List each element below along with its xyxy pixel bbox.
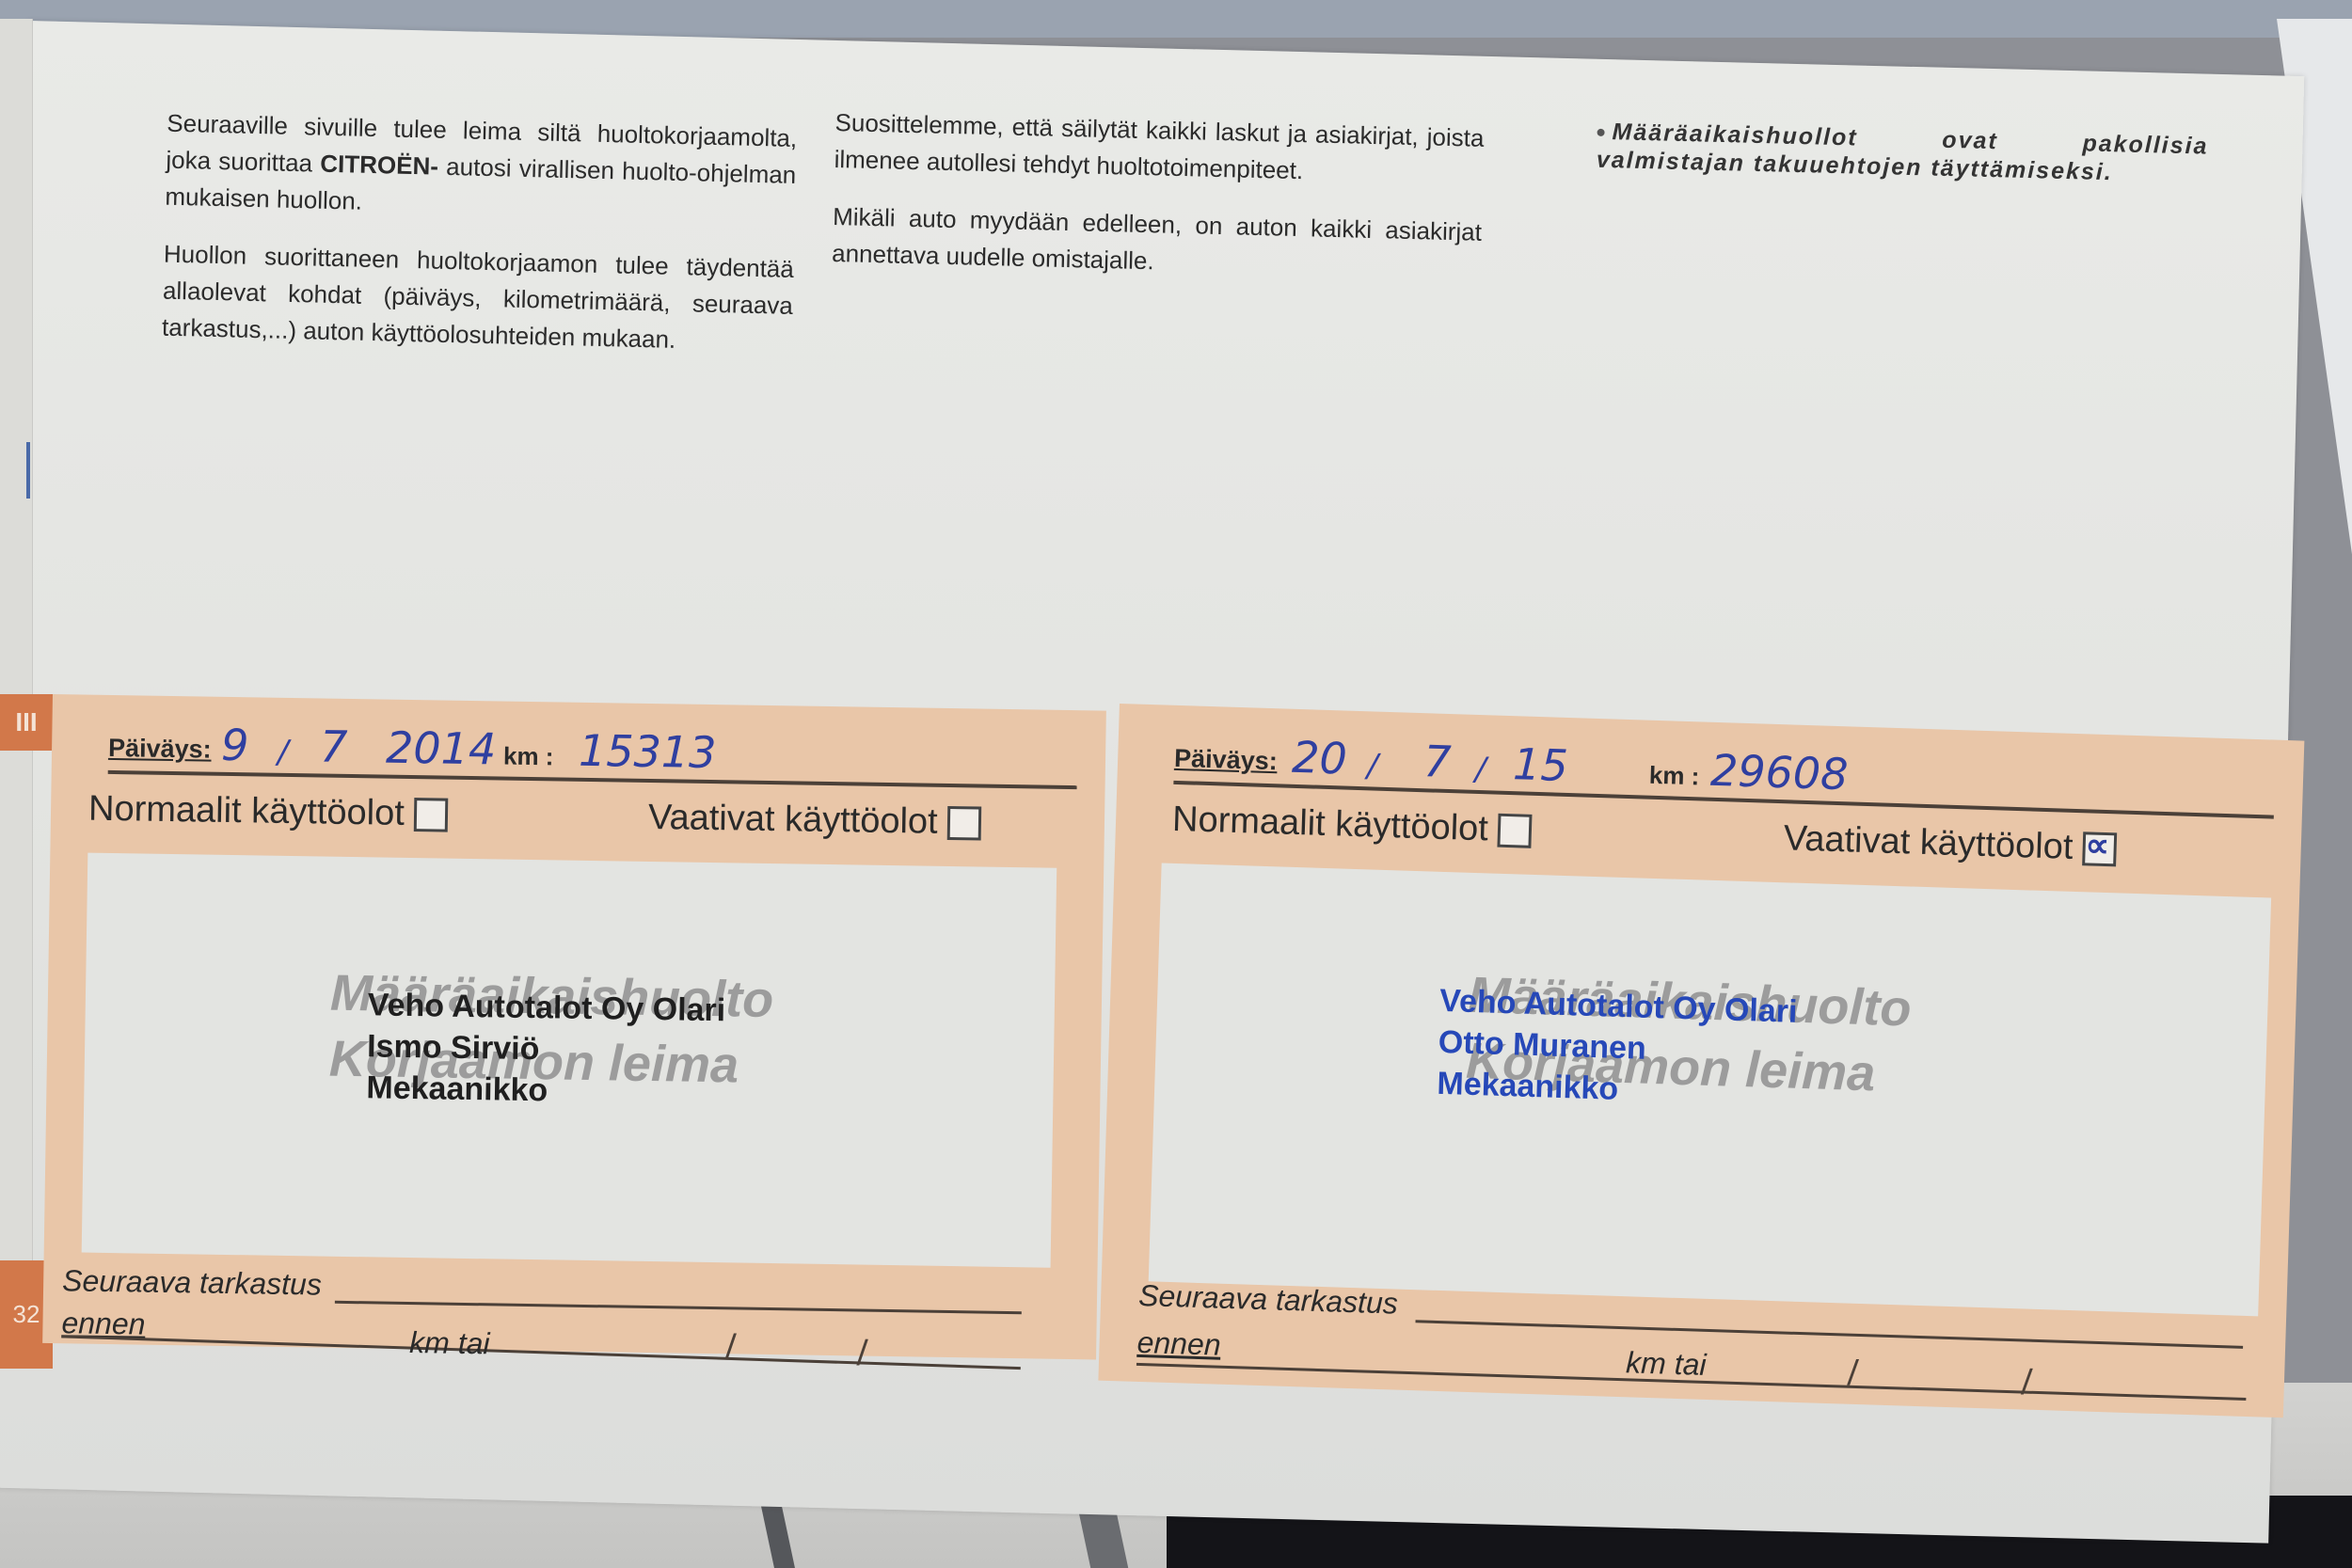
date-day-value[interactable]: 20: [1291, 732, 1347, 784]
intro-paragraph-2: Huollon suorittaneen huoltokorjaamon tul…: [162, 236, 795, 361]
normal-conditions-option[interactable]: Normaalit käyttöolot: [88, 789, 448, 835]
normal-conditions-option[interactable]: Normaalit käyttöolot: [1171, 800, 1532, 851]
date-slash-1: [1847, 1359, 1859, 1386]
note-column: Määräaikaishuollot ovat pakollisia valmi…: [1597, 118, 2209, 189]
stamp-company: Veho Autotalot Oy Olari: [368, 984, 726, 1031]
note-text: Määräaikaishuollot ovat pakollisia valmi…: [1597, 119, 2209, 185]
middle-paragraph-2: Mikäli auto myydään edelleen, on auton k…: [832, 198, 1483, 288]
intro-paragraph-1: Seuraaville sivuille tulee leima siltä h…: [165, 105, 798, 230]
km-value[interactable]: 15313: [579, 725, 717, 778]
normal-conditions-checkbox[interactable]: [414, 798, 449, 832]
date-day-value[interactable]: 9: [221, 720, 249, 770]
demanding-conditions-option[interactable]: Vaativat käyttöolot: [648, 798, 981, 844]
km-label: km :: [1648, 761, 1699, 792]
workshop-stamp: Veho Autotalot Oy Olari Ismo Sirviö Meka…: [366, 984, 725, 1114]
km-value[interactable]: 29608: [1709, 745, 1849, 800]
demanding-conditions-checkbox[interactable]: [2082, 832, 2117, 866]
workshop-stamp-area: Määräaikaishuolto Korjaamon leima Veho A…: [82, 853, 1057, 1268]
brand-name: CITROËN-: [320, 150, 438, 181]
section-marker: III: [0, 694, 53, 751]
date-label: Päiväys:: [108, 734, 212, 765]
demanding-conditions-checkbox[interactable]: [946, 805, 981, 840]
date-separator: /: [278, 734, 289, 771]
next-inspection-label: Seuraava tarkastus: [62, 1263, 322, 1302]
date-km-row: Päiväys: 9 / 7 2014 km : 15313: [108, 714, 1078, 789]
before-label: ennen: [1136, 1325, 1221, 1363]
workshop-stamp: Veho Autotalot Oy Olari Otto Muranen Mek…: [1437, 980, 1798, 1116]
date-separator: /: [1474, 751, 1486, 788]
next-inspection-line[interactable]: [1415, 1320, 2243, 1349]
next-inspection-label: Seuraava tarkastus: [1138, 1278, 1399, 1322]
stamp-title: Mekaanikko: [366, 1067, 724, 1114]
date-separator: /: [1366, 747, 1378, 784]
service-entry-1: Päiväys: 9 / 7 2014 km : 15313 Normaalit…: [42, 694, 1106, 1360]
previous-page-edge: [0, 19, 33, 1336]
date-year-value[interactable]: 15: [1512, 738, 1568, 791]
date-month-value[interactable]: 7: [1422, 736, 1452, 787]
date-month-value[interactable]: 7: [320, 721, 348, 771]
bullet-icon: [1597, 129, 1604, 136]
km-or-label: km tai: [409, 1325, 490, 1361]
workshop-stamp-area: Määräaikaishuolto Korjaamon leima Veho A…: [1149, 863, 2271, 1316]
intro-column: Seuraaville sivuille tulee leima siltä h…: [161, 105, 798, 382]
stamp-person: Ismo Sirviö: [367, 1025, 725, 1072]
normal-conditions-label: Normaalit käyttöolot: [88, 789, 405, 834]
next-inspection-line[interactable]: [335, 1301, 1022, 1314]
date-year-value[interactable]: 2014: [386, 722, 497, 775]
demanding-conditions-option[interactable]: Vaativat käyttöolot: [1783, 818, 2117, 869]
service-entry-2: Päiväys: 20 / 7 / 15 km : 29608 Normaali…: [1098, 704, 2304, 1418]
km-or-label: km tai: [1626, 1345, 1707, 1383]
km-label: km :: [503, 742, 554, 772]
pen-mark: [26, 442, 30, 499]
middle-column: Suosittelemme, että säilytät kaikki lask…: [831, 104, 1485, 309]
conditions-row: Normaalit käyttöolot Vaativat käyttöolot: [88, 789, 1077, 851]
demanding-conditions-label: Vaativat käyttöolot: [1783, 818, 2074, 868]
normal-conditions-checkbox[interactable]: [1497, 813, 1532, 847]
middle-paragraph-1: Suosittelemme, että säilytät kaikki lask…: [834, 104, 1485, 194]
date-label: Päiväys:: [1174, 744, 1279, 776]
normal-conditions-label: Normaalit käyttöolot: [1171, 800, 1488, 850]
demanding-conditions-label: Vaativat käyttöolot: [648, 798, 938, 843]
